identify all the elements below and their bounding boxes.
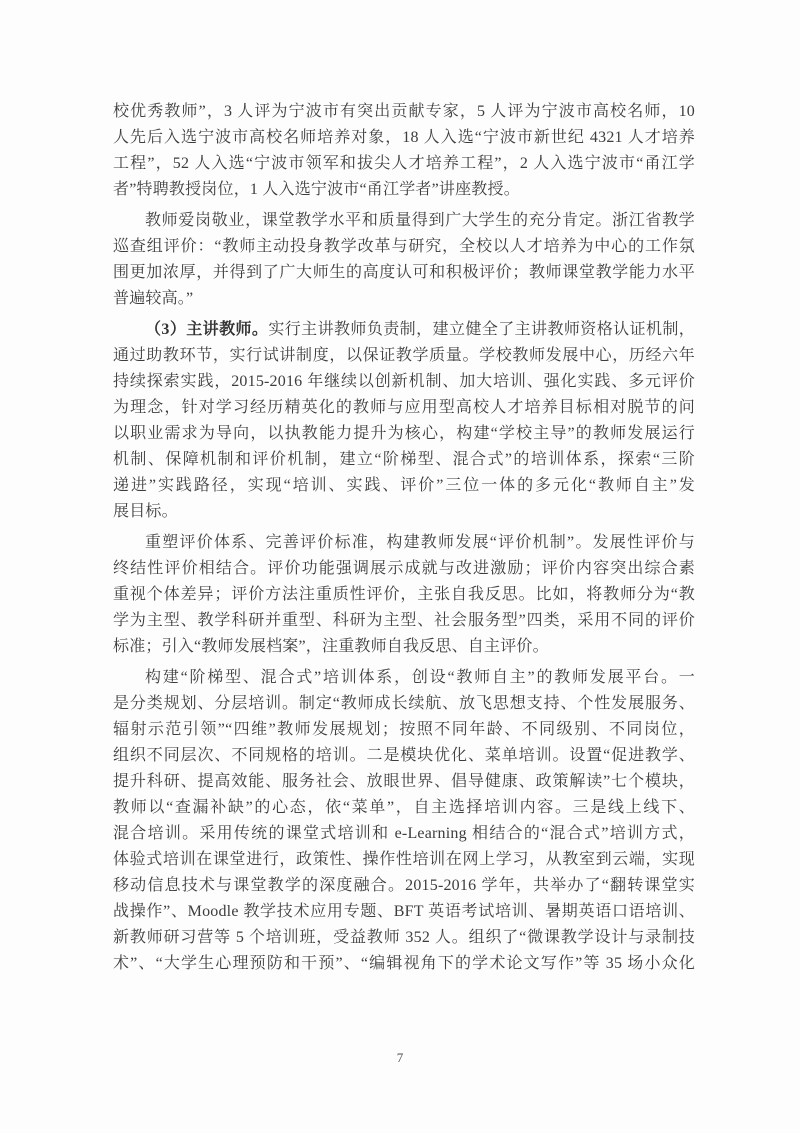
text-line: 工程”，52 人入选“宁波市领军和拔尖人才培养工程”，2 人入选宁波市“甬江学 <box>113 151 695 177</box>
text-line: 混合培训。采用传统的课堂式培训和 e-Learning 相结合的“混合式”培训方… <box>113 821 695 847</box>
text-line: 构建“阶梯型、混合式”培训体系，创设“教师自主”的教师发展平台。一 <box>113 665 695 691</box>
paragraph: （3）主讲教师。实行主讲教师负责制，建立健全了主讲教师资格认证机制，通过助教环节… <box>113 317 695 525</box>
text-line: 教师爱岗敬业，课堂教学水平和质量得到广大学生的充分肯定。浙江省教学 <box>113 208 695 234</box>
text-line: 术”、“大学生心理预防和干预”、“编辑视角下的学术论文写作”等 35 场小众化 <box>113 951 695 977</box>
document-page: 校优秀教师”，3 人评为宁波市有突出贡献专家，5 人评为宁波市高校名师，10人先… <box>0 0 800 1133</box>
text-line: 体验式培训在课堂进行，政策性、操作性培训在网上学习，从教室到云端，实现 <box>113 847 695 873</box>
text-block: 校优秀教师”，3 人评为宁波市有突出贡献专家，5 人评为宁波市高校名师，10人先… <box>113 99 695 977</box>
text-line: 持续探索实践，2015-2016 年继续以创新机制、加大培训、强化实践、多元评价 <box>113 369 695 395</box>
paragraph: 重塑评价体系、完善评价标准，构建教师发展“评价机制”。发展性评价与终结性评价相结… <box>113 530 695 660</box>
text-line: 提升科研、提高效能、服务社会、放眼世界、倡导健康、政策解读”七个模块， <box>113 769 695 795</box>
text-line: 普遍较高。” <box>113 286 695 312</box>
text-line: 新教师研习营等 5 个培训班，受益教师 352 人。组织了“微课教学设计与录制技 <box>113 925 695 951</box>
text-line: 教师以“查漏补缺”的心态，依“菜单”，自主选择培训内容。三是线上线下、 <box>113 795 695 821</box>
text-line: 以职业需求为导向，以执教能力提升为核心，构建“学校主导”的教师发展运行 <box>113 421 695 447</box>
paragraph: 教师爱岗敬业，课堂教学水平和质量得到广大学生的充分肯定。浙江省教学巡查组评价：“… <box>113 208 695 312</box>
text-line: 递进”实践路径，实现“培训、实践、评价”三位一体的多元化“教师自主”发 <box>113 473 695 499</box>
text-line: 人先后入选宁波市高校名师培养对象，18 人入选“宁波市新世纪 4321 人才培养 <box>113 125 695 151</box>
paragraph: 校优秀教师”，3 人评为宁波市有突出贡献专家，5 人评为宁波市高校名师，10人先… <box>113 99 695 203</box>
text-line: 标准；引入“教师发展档案”，注重教师自我反思、自主评价。 <box>113 634 695 660</box>
paragraph: 构建“阶梯型、混合式”培训体系，创设“教师自主”的教师发展平台。一是分类规划、分… <box>113 665 695 977</box>
bold-run: （3）主讲教师。 <box>145 321 268 338</box>
text-line: 校优秀教师”，3 人评为宁波市有突出贡献专家，5 人评为宁波市高校名师，10 <box>113 99 695 125</box>
text-line: 组织不同层次、不同规格的培训。二是模块优化、菜单培训。设置“促进教学、 <box>113 743 695 769</box>
text-line: 移动信息技术与课堂教学的深度融合。2015-2016 学年，共举办了“翻转课堂实 <box>113 873 695 899</box>
text-line: 重塑评价体系、完善评价标准，构建教师发展“评价机制”。发展性评价与 <box>113 530 695 556</box>
text-line: （3）主讲教师。实行主讲教师负责制，建立健全了主讲教师资格认证机制， <box>113 317 695 343</box>
text-line: 机制、保障机制和评价机制，建立“阶梯型、混合式”的培训体系，探索“三阶 <box>113 447 695 473</box>
text-line: 重视个体差异；评价方法注重质性评价，主张自我反思。比如，将教师分为“教 <box>113 582 695 608</box>
text-line: 辐射示范引领”“四维”教师发展规划；按照不同年龄、不同级别、不同岗位， <box>113 717 695 743</box>
text-line: 战操作”、Moodle 教学技术应用专题、BFT 英语考试培训、暑期英语口语培训… <box>113 899 695 925</box>
page-number: 7 <box>0 1050 800 1066</box>
text-line: 终结性评价相结合。评价功能强调展示成就与改进激励；评价内容突出综合素质， <box>113 556 695 582</box>
text-line: 展目标。 <box>113 499 695 525</box>
text-line: 学为主型、教学科研并重型、科研为主型、社会服务型”四类，采用不同的评价 <box>113 608 695 634</box>
text-line: 为理念，针对学习经历精英化的教师与应用型高校人才培养目标相对脱节的问题， <box>113 395 695 421</box>
text-line: 者”特聘教授岗位，1 人入选宁波市“甬江学者”讲座教授。 <box>113 177 695 203</box>
text-line: 围更加浓厚，并得到了广大师生的高度认可和积极评价；教师课堂教学能力水平 <box>113 260 695 286</box>
text-line: 是分类规划、分层培训。制定“教师成长续航、放飞思想支持、个性发展服务、 <box>113 691 695 717</box>
text-line: 通过助教环节，实行试讲制度，以保证教学质量。学校教师发展中心，历经六年 <box>113 343 695 369</box>
text-line: 巡查组评价：“教师主动投身教学改革与研究，全校以人才培养为中心的工作氛 <box>113 234 695 260</box>
